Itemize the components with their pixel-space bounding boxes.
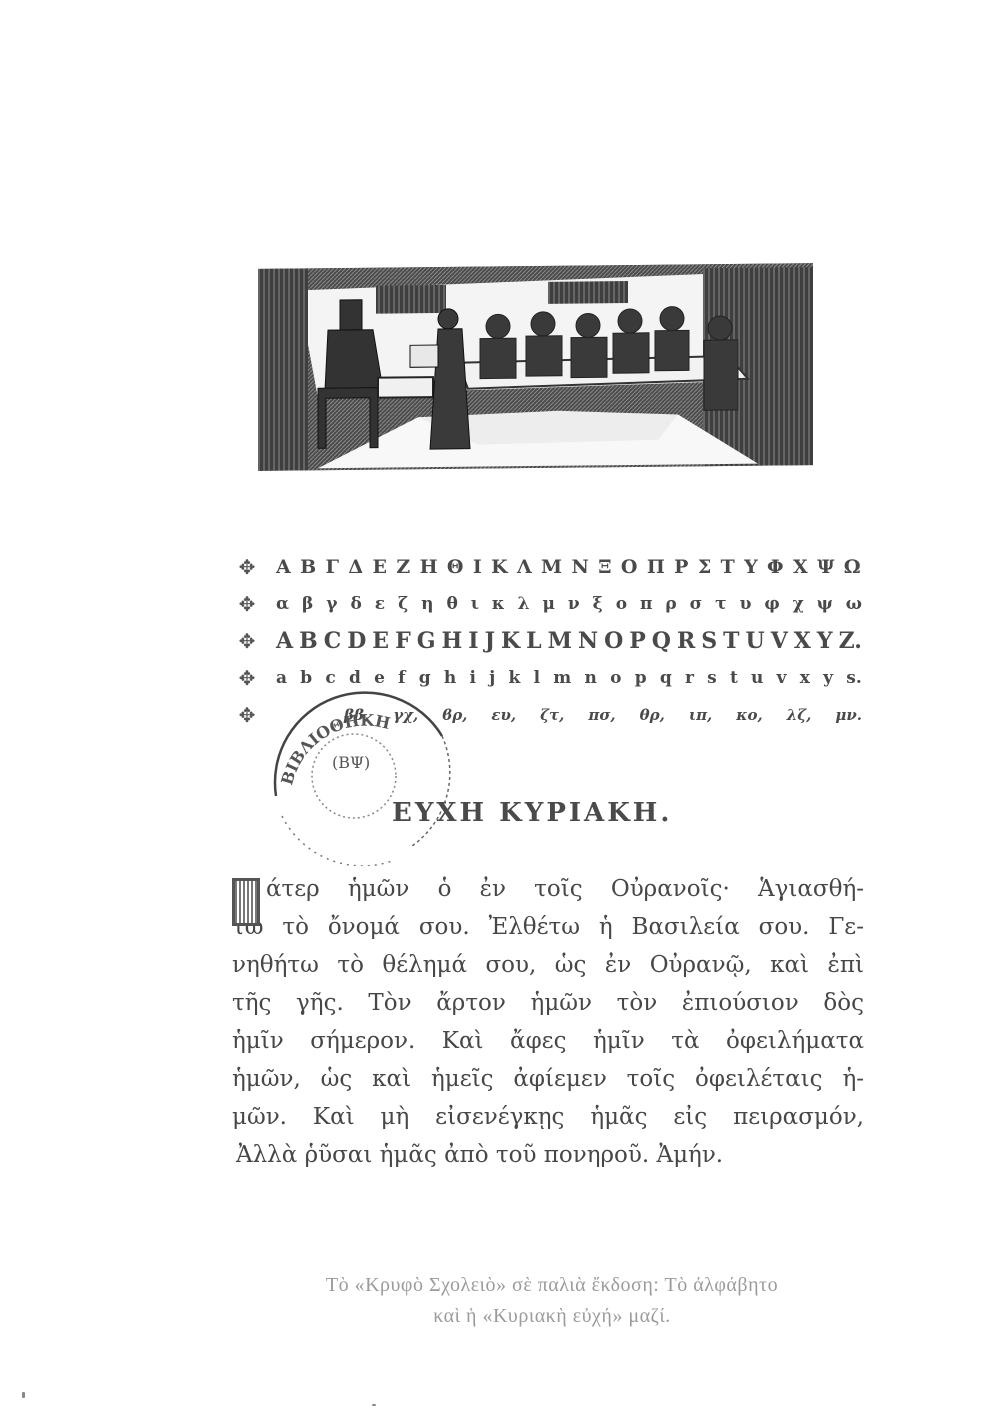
alphabet-letter: U xyxy=(746,628,765,654)
alphabet-letter: c xyxy=(325,668,335,688)
alphabet-letter: k xyxy=(509,668,521,688)
alphabet-letter: D xyxy=(347,628,366,654)
prayer-line: τω τὸ ὄνομά σου. Ἐλθέτω ἡ Βασιλεία σου. … xyxy=(232,908,864,946)
alphabet-letter: Η xyxy=(420,556,439,578)
alphabet-letter: Ω xyxy=(844,556,862,578)
document-page: ✥ ΑΒΓΔΕΖΗΘΙΚΛΜΝΞΟΠΡΣΤΥΦΧΨΩ ✥ αβγδεζηθικλ… xyxy=(0,0,1000,1414)
alphabet-letter: E xyxy=(372,628,389,654)
alphabet-letter: η xyxy=(421,594,433,614)
alphabet-letter: λζ, xyxy=(787,706,812,724)
alphabet-letter: γ xyxy=(326,594,337,614)
alphabet-letter: ι xyxy=(471,594,479,614)
alphabet-letter: π xyxy=(640,594,652,614)
alphabet-letter: ιπ, xyxy=(689,706,712,724)
alphabet-block: ✥ ΑΒΓΔΕΖΗΘΙΚΛΜΝΞΟΠΡΣΤΥΦΧΨΩ ✥ αβγδεζηθικλ… xyxy=(232,548,862,733)
alphabet-letter: ξ xyxy=(593,594,603,614)
alphabet-row-latin-uppercase: ✥ ABCDEFGHIJKLMNOPQRSTUVXYZ. xyxy=(232,622,862,659)
prayer-line: μῶν. Καὶ μὴ εἰσενέγκῃς ἡμᾶς εἰς πειρασμό… xyxy=(232,1098,864,1136)
alphabet-row-greek-uppercase: ✥ ΑΒΓΔΕΖΗΘΙΚΛΜΝΞΟΠΡΣΤΥΦΧΨΩ xyxy=(232,548,862,585)
alphabet-letter: K xyxy=(501,628,520,654)
alphabet-letter: B xyxy=(299,628,318,654)
alphabet-letter: κ xyxy=(492,594,505,614)
alphabet-letter: Λ xyxy=(517,556,533,578)
prayer-line: άτερ ἡμῶν ὁ ἐν τοῖς Οὐρανοῖς· Ἁγιασθή- xyxy=(232,870,864,908)
alphabet-letter: μ xyxy=(543,594,555,614)
alphabet-letter: Ο xyxy=(621,556,639,578)
alphabet-letter: ν xyxy=(568,594,580,614)
figure-caption: Τὸ «Κρυφὸ Σχολειὸ» σὲ παλιὰ ἔκδοση: Τὸ ἀ… xyxy=(232,1270,872,1332)
prayer-line: νηθήτω τὸ θέλημά σου, ὡς ἐν Οὐρανῷ, καὶ … xyxy=(232,946,864,984)
alphabet-letter: γχ, xyxy=(393,706,418,724)
cross-ornament-icon: ✥ xyxy=(232,666,262,690)
alphabet-letter: T xyxy=(723,628,739,654)
prayer-line: τῆς γῆς. Τὸν ἄρτον ἡμῶν τὸν ἐπιούσιον δὸ… xyxy=(232,984,864,1022)
alphabet-letter: μν. xyxy=(835,706,862,724)
prayer-title: ΕΥΧΗ ΚΥΡΙΑΚΗ. xyxy=(392,798,672,828)
alphabet-letter: i xyxy=(469,668,475,688)
alphabet-letter: l xyxy=(534,668,540,688)
alphabet-letter: Θ xyxy=(447,556,465,578)
greek-lowercase-letters: αβγδεζηθικλμνξοπρστυφχψω xyxy=(262,594,862,614)
alphabet-letter: t xyxy=(730,668,738,688)
alphabet-letter: Z. xyxy=(839,628,862,654)
alphabet-letter: A xyxy=(276,628,293,654)
alphabet-letter: ζτ, xyxy=(540,706,564,724)
alphabet-letter: J xyxy=(485,628,495,654)
alphabet-row-latin-lowercase: ✥ abcdefghijklmnopqrstuvxys. xyxy=(232,659,862,696)
alphabet-letter: ϐρ, xyxy=(442,706,467,724)
alphabet-letter: φ xyxy=(764,594,779,614)
scan-speck xyxy=(372,1404,376,1406)
alphabet-letter: Σ xyxy=(698,556,712,578)
alphabet-letter: F xyxy=(395,628,411,654)
woodcut-illustration xyxy=(258,263,813,471)
alphabet-letter: V xyxy=(771,628,788,654)
alphabet-letter: P xyxy=(629,628,646,654)
alphabet-letter: Χ xyxy=(793,556,809,578)
alphabet-letter: o xyxy=(610,668,621,688)
alphabet-letter: Ε xyxy=(373,556,388,578)
drop-cap-pi-icon xyxy=(232,878,260,926)
alphabet-letter: L xyxy=(526,628,541,654)
alphabet-letter: θρ, xyxy=(640,706,665,724)
scan-speck xyxy=(22,1392,25,1398)
alphabet-letter: δ xyxy=(350,594,361,614)
alphabet-letter: ε xyxy=(375,594,385,614)
alphabet-row-ligatures: ✥ ββ,γχ,ϐρ,ευ,ζτ,πσ,θρ,ιπ,κο,λζ,μν. xyxy=(232,696,862,733)
alphabet-letter: α xyxy=(276,594,289,614)
cross-ornament-icon: ✥ xyxy=(232,703,262,727)
alphabet-letter: Ν xyxy=(571,556,589,578)
alphabet-letter: πσ, xyxy=(588,706,615,724)
alphabet-letter: λ xyxy=(518,594,530,614)
alphabet-letter: θ xyxy=(446,594,457,614)
alphabet-letter: S xyxy=(701,628,717,654)
alphabet-letter: ζ xyxy=(398,594,408,614)
alphabet-letter: ω xyxy=(846,594,862,614)
alphabet-letter: a xyxy=(276,668,287,688)
prayer-line: ἡμῖν σήμερον. Καὶ ἄφες ἡμῖν τὰ ὀφειλήματ… xyxy=(232,1022,864,1060)
alphabet-letter: Φ xyxy=(767,556,785,578)
greek-uppercase-letters: ΑΒΓΔΕΖΗΘΙΚΛΜΝΞΟΠΡΣΤΥΦΧΨΩ xyxy=(262,556,862,578)
alphabet-letter: n xyxy=(585,668,597,688)
alphabet-letter: Π xyxy=(647,556,666,578)
alphabet-letter: j xyxy=(489,668,495,688)
alphabet-letter: Κ xyxy=(491,556,509,578)
caption-line: καὶ ἡ «Κυριακὴ εὐχή» μαζί. xyxy=(232,1301,872,1332)
alphabet-letter: Ψ xyxy=(817,556,835,578)
alphabet-letter: H xyxy=(441,628,462,654)
latin-uppercase-letters: ABCDEFGHIJKLMNOPQRSTUVXYZ. xyxy=(262,628,862,654)
alphabet-letter: ψ xyxy=(817,594,833,614)
alphabet-letter: O xyxy=(604,628,623,654)
alphabet-letter: G xyxy=(417,628,436,654)
alphabet-letter: Ξ xyxy=(598,556,612,578)
alphabet-letter: Ρ xyxy=(674,556,689,578)
alphabet-letter: ευ, xyxy=(491,706,516,724)
alphabet-letter: X xyxy=(794,628,811,654)
ligature-letters: ββ,γχ,ϐρ,ευ,ζτ,πσ,θρ,ιπ,κο,λζ,μν. xyxy=(262,706,862,724)
alphabet-letter: r xyxy=(685,668,694,688)
alphabet-letter: Q xyxy=(652,628,671,654)
alphabet-letter: Γ xyxy=(326,556,341,578)
alphabet-letter: x xyxy=(800,668,810,688)
alphabet-letter: Α xyxy=(276,556,292,578)
alphabet-letter: m xyxy=(553,668,571,688)
caption-line: Τὸ «Κρυφὸ Σχολειὸ» σὲ παλιὰ ἔκδοση: Τὸ ἀ… xyxy=(232,1270,872,1301)
latin-lowercase-letters: abcdefghijklmnopqrstuvxys. xyxy=(262,668,862,688)
alphabet-letter: Δ xyxy=(348,556,364,578)
alphabet-letter: p xyxy=(635,668,647,688)
alphabet-letter: N xyxy=(578,628,598,654)
alphabet-letter: υ xyxy=(740,594,752,614)
prayer-body: άτερ ἡμῶν ὁ ἐν τοῖς Οὐρανοῖς· Ἁγιασθή- τ… xyxy=(232,870,864,1174)
alphabet-letter: ο xyxy=(616,594,627,614)
alphabet-letter: σ xyxy=(690,594,703,614)
alphabet-letter: β xyxy=(302,594,313,614)
alphabet-letter: Β xyxy=(300,556,317,578)
cross-ornament-icon: ✥ xyxy=(232,629,262,653)
alphabet-letter: Ζ xyxy=(396,556,411,578)
alphabet-letter: s xyxy=(707,668,717,688)
cross-ornament-icon: ✥ xyxy=(232,555,262,579)
alphabet-letter: d xyxy=(349,668,361,688)
alphabet-letter: f xyxy=(398,668,405,688)
alphabet-letter: Μ xyxy=(541,556,563,578)
woodcut-illustration-icon xyxy=(258,263,813,471)
alphabet-letter: y xyxy=(823,668,833,688)
alphabet-letter: b xyxy=(300,668,312,688)
prayer-line: ἡμῶν, ὡς καὶ ἡμεῖς ἀφίεμεν τοῖς ὀφειλέτα… xyxy=(232,1060,864,1098)
prayer-line: Ἀλλὰ ῥῦσαι ἡμᾶς ἀπὸ τοῦ πονηροῦ. Ἀμήν. xyxy=(232,1136,864,1174)
alphabet-letter: v xyxy=(777,668,787,688)
alphabet-letter: Τ xyxy=(721,556,736,578)
svg-text:(ΒΨ): (ΒΨ) xyxy=(332,753,370,772)
alphabet-letter: q xyxy=(660,668,672,688)
alphabet-letter: κο, xyxy=(736,706,762,724)
alphabet-letter: ββ, xyxy=(344,706,369,724)
alphabet-letter: Y xyxy=(817,628,833,654)
alphabet-letter: g xyxy=(419,668,431,688)
alphabet-letter: e xyxy=(374,668,385,688)
alphabet-letter: C xyxy=(324,628,342,654)
alphabet-letter: h xyxy=(444,668,456,688)
alphabet-letter: ρ xyxy=(665,594,676,614)
alphabet-letter: s. xyxy=(846,668,862,688)
alphabet-letter: Ι xyxy=(473,556,483,578)
alphabet-letter: Υ xyxy=(744,556,759,578)
alphabet-row-greek-lowercase: ✥ αβγδεζηθικλμνξοπρστυφχψω xyxy=(232,585,862,622)
alphabet-letter: I xyxy=(468,628,478,654)
cross-ornament-icon: ✥ xyxy=(232,592,262,616)
alphabet-letter: τ xyxy=(715,594,726,614)
alphabet-letter: M xyxy=(548,628,572,654)
alphabet-letter: R xyxy=(677,628,695,654)
alphabet-letter: χ xyxy=(793,594,804,614)
alphabet-letter: u xyxy=(751,668,763,688)
